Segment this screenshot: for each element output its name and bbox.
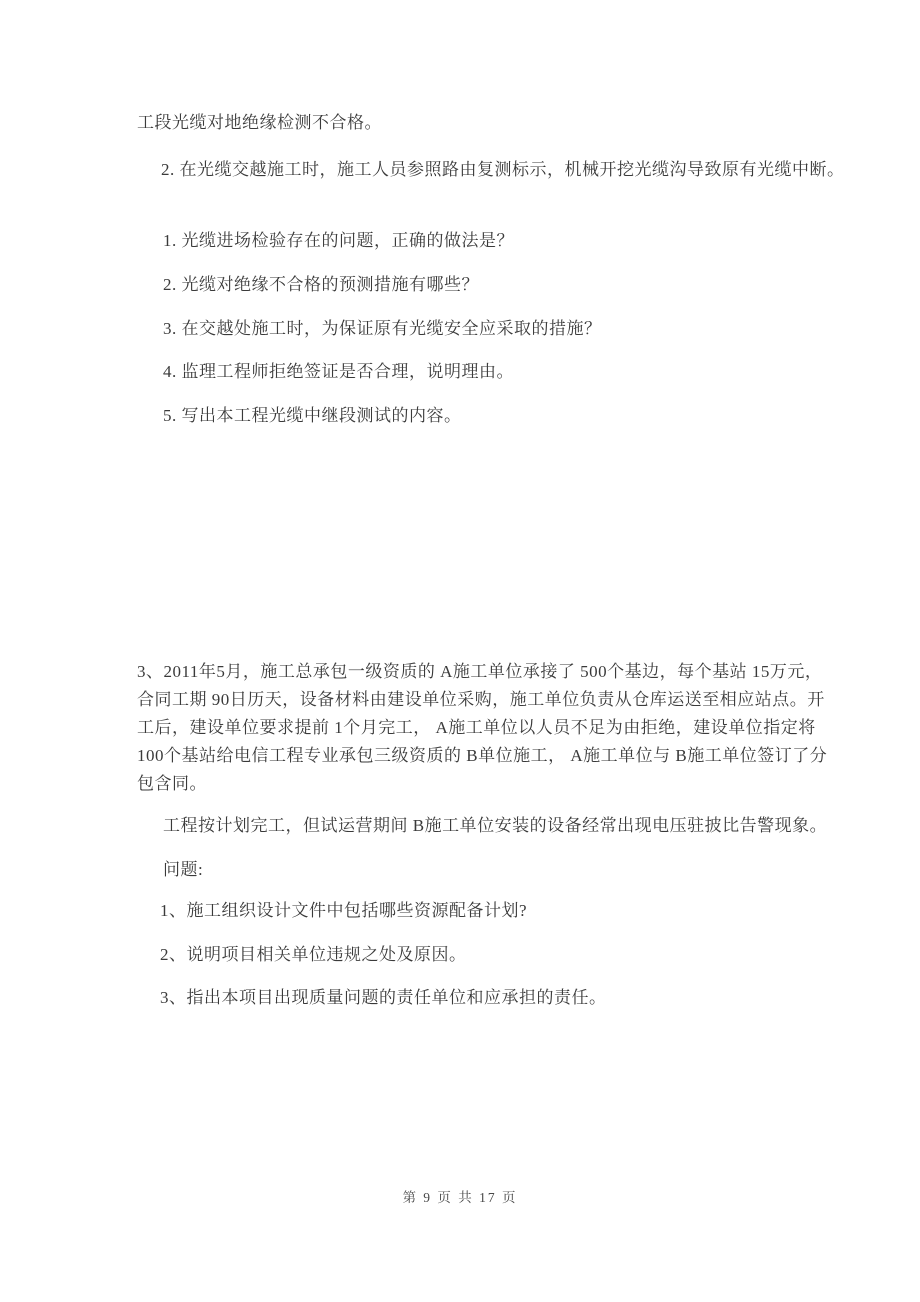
section1-question-3: 3. 在交越处施工时，为保证原有光缆安全应采取的措施？ (163, 319, 602, 339)
section2-question-2: 2、说明项目相关单位违规之处及原因。 (160, 945, 467, 965)
case-paragraph-line-3: 工后，建设单位要求提前 1个月完工， A施工单位以人员不足为由拒绝，建设单位指定… (137, 718, 816, 738)
case-paragraph-line-4: 100个基站给电信工程专业承包三级资质的 B单位施工， A施工单位与 B施工单位… (137, 746, 827, 766)
case-result-line: 工程按计划完工，但试运营期间 B施工单位安装的设备经常出现电压驻披比告警现象。 (163, 816, 827, 836)
section1-question-5: 5. 写出本工程光缆中继段测试的内容。 (163, 406, 462, 426)
section1-question-4: 4. 监理工程师拒绝签证是否合理，说明理由。 (163, 362, 514, 382)
section1-question-2: 2. 光缆对绝缘不合格的预测措施有哪些？ (163, 275, 479, 295)
section2-question-1: 1、施工组织设计文件中包括哪些资源配备计划? (160, 901, 527, 921)
scenario-event-line: 2. 在光缆交越施工时，施工人员参照路由复测标示，机械开挖光缆沟导致原有光缆中断… (161, 160, 845, 180)
section2-question-3: 3、指出本项目出现质量问题的责任单位和应承担的责任。 (160, 988, 607, 1008)
case-paragraph-line-1: 3、2011年5月，施工总承包一级资质的 A施工单位承接了 500个基边，每个基… (137, 662, 822, 682)
intro-line: 工段光缆对地绝缘检测不合格。 (137, 113, 382, 133)
questions-label: 问题: (163, 860, 203, 880)
page-footer: 第 9 页 共 17 页 (0, 1186, 920, 1206)
case-paragraph-line-2: 合同工期 90日历天，设备材料由建设单位采购，施工单位负责从仓库运送至相应站点。… (137, 690, 825, 710)
document-page: 工段光缆对地绝缘检测不合格。 2. 在光缆交越施工时，施工人员参照路由复测标示，… (0, 0, 920, 1302)
section1-question-1: 1. 光缆进场检验存在的问题，正确的做法是？ (163, 231, 514, 251)
case-paragraph-line-5: 包含同。 (137, 774, 207, 794)
